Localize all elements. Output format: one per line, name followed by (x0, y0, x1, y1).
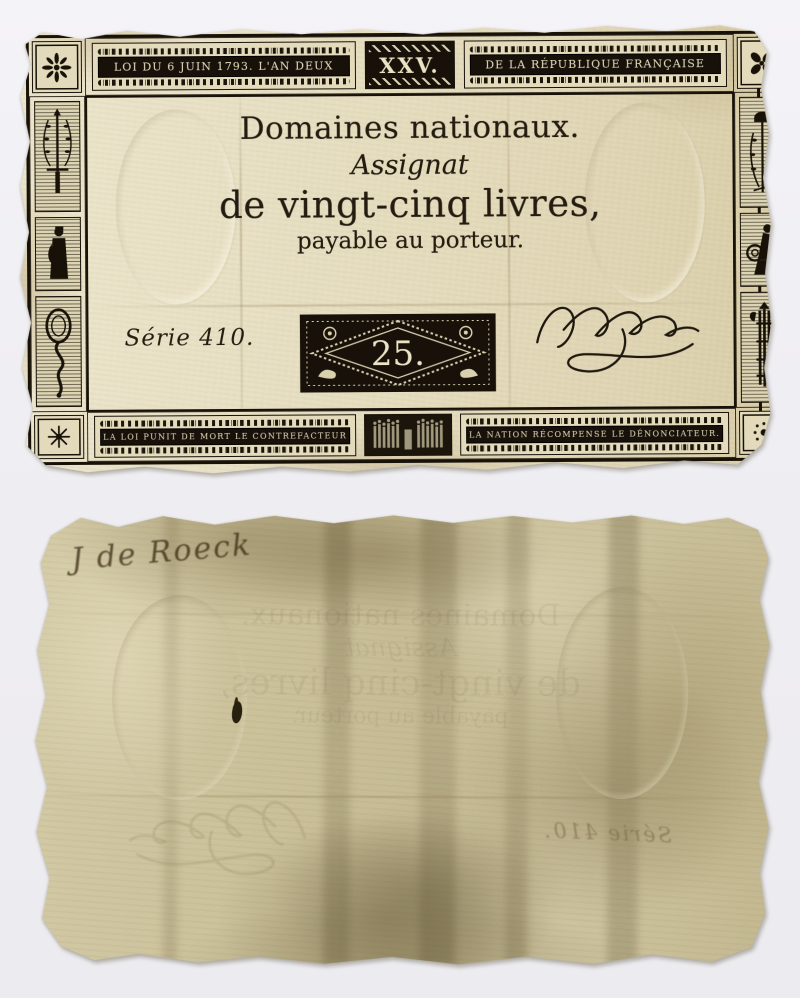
right-border-band (734, 92, 792, 408)
chevron-ornament (368, 78, 450, 86)
signature-showthrough (112, 779, 315, 895)
serpent-mirror-icon (40, 302, 77, 402)
zigzag-ornament (466, 443, 723, 451)
roman-numeral-box: XXV. (364, 41, 454, 90)
corner-rosette-bottom-right (739, 411, 789, 455)
liberty-cap-icon (744, 102, 781, 202)
rosette-icon (40, 49, 74, 84)
zigzag-ornament (100, 446, 350, 454)
floral-ornament (469, 44, 721, 52)
main-text-block: Domaines nationaux. Assignat de vingt-ci… (87, 108, 733, 256)
engraved-crowd-icon (365, 415, 451, 456)
quatrefoil-icon (745, 45, 779, 80)
ghost-value: de vingt-cinq livres, (98, 662, 702, 706)
diamond-25-icon: 25. (299, 313, 495, 392)
payable-line: payable au porteur. (88, 226, 733, 256)
ghost-assignat: Assignat (98, 632, 702, 665)
assignat-front: LOI DU 6 JUIN 1793. L'AN DEUX XXV. DE LA… (13, 20, 776, 477)
ghost-title: Domaines nationaux. (98, 597, 702, 635)
note-field: Domaines nationaux. Assignat de vingt-ci… (85, 92, 736, 412)
seated-minerva-panel (740, 212, 786, 287)
minerva-shield-icon (745, 216, 781, 283)
value-line: de vingt-cinq livres, (88, 181, 733, 228)
informer-reward-text: LA NATION RÉCOMPENSE LE DÉNONCIATEUR. (466, 424, 723, 443)
goddess-figure-icon (40, 221, 76, 288)
corner-rosette-top-left (32, 41, 82, 93)
counterfeit-warning-plaque: LA LOI PUNIT DE MORT LE CONTREFACTEUR (94, 414, 356, 458)
assignat-back: Domaines nationaux. Assignat de vingt-ci… (27, 508, 773, 967)
informer-reward-plaque: LA NATION RÉCOMPENSE LE DÉNONCIATEUR. (460, 412, 729, 456)
liberty-cap-panel (739, 97, 786, 208)
law-plaque: LOI DU 6 JUIN 1793. L'AN DEUX (92, 41, 356, 91)
denomination-numeral: 25. (370, 334, 424, 374)
handwritten-inscription: J de Roeck (70, 528, 254, 578)
mirror-serpent-panel (35, 296, 82, 407)
front-paper: LOI DU 6 JUIN 1793. L'AN DEUX XXV. DE LA… (13, 20, 776, 477)
scanner-background: LOI DU 6 JUIN 1793. L'AN DEUX XXV. DE LA… (0, 0, 800, 998)
standing-figure-panel (35, 217, 81, 292)
zigzag-ornament (466, 416, 723, 424)
scrollwork-ornament (98, 47, 350, 55)
grime-streak (323, 510, 351, 966)
scrollwork-ornament (98, 78, 350, 86)
dotted-rosette-icon (747, 418, 781, 448)
republic-plaque: DE LA RÉPUBLIQUE FRANÇAISE (463, 39, 727, 89)
left-border-band (29, 96, 87, 412)
signature-flourish-icon (112, 779, 315, 895)
bottom-border-band: LA LOI PUNIT DE MORT LE CONTREFACTEUR LA… (87, 408, 736, 462)
ghost-payable: payable au porteur. (98, 703, 702, 731)
snowflake-rosette-icon (42, 422, 76, 452)
title-line: Domaines nationaux. (87, 108, 732, 148)
grime-streak (505, 510, 529, 966)
grime-streak (419, 510, 457, 966)
signature-flourish-icon (531, 288, 712, 381)
winged-fasces-panel (740, 292, 787, 403)
denomination-cartouche: 25. (299, 313, 495, 396)
corner-rosette-top-right (737, 37, 787, 89)
law-text: LOI DU 6 JUIN 1793. L'AN DEUX (98, 55, 350, 78)
chevron-ornament (368, 45, 450, 53)
series-showthrough: Série 410. (542, 818, 672, 847)
series-number: Série 410. (124, 325, 254, 352)
zigzag-ornament (100, 419, 350, 427)
print-showthrough-center: Domaines nationaux. Assignat de vingt-ci… (98, 597, 703, 731)
corner-rosette-bottom-left (34, 415, 84, 459)
top-border-band: LOI DU 6 JUIN 1793. L'AN DEUX XXV. DE LA… (85, 34, 734, 96)
sword-laurel-panel (34, 101, 81, 212)
assignat-line: Assignat (87, 148, 732, 183)
back-paper: Domaines nationaux. Assignat de vingt-ci… (27, 508, 773, 967)
engraved-frame: LOI DU 6 JUIN 1793. L'AN DEUX XXV. DE LA… (26, 31, 763, 465)
counterfeit-warning-text: LA LOI PUNIT DE MORT LE CONTREFACTEUR (100, 427, 350, 446)
sword-icon (39, 106, 76, 206)
floral-ornament (469, 75, 721, 83)
fasces-icon (745, 297, 782, 397)
oath-scene-vignette (364, 414, 452, 457)
roman-numeral-value: XXV. (368, 54, 450, 76)
handwritten-signature (531, 288, 712, 381)
republic-text: DE LA RÉPUBLIQUE FRANÇAISE (469, 52, 721, 75)
